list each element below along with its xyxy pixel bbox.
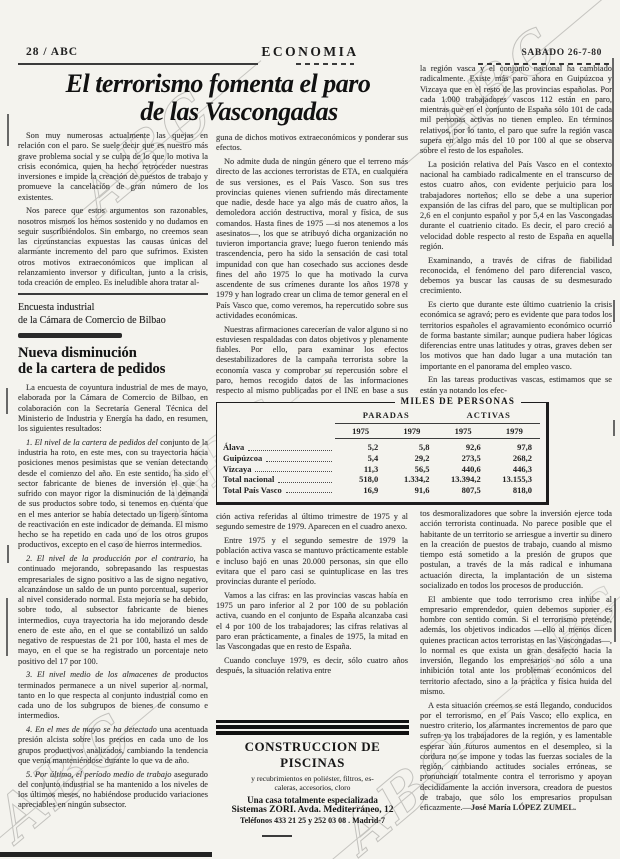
paragraph-text: A esta situación creemos se está llegand… [420, 701, 612, 813]
numbered-item: 3. El nivel medio de los almacenes de pr… [18, 670, 208, 721]
column-middle-lower: ción activa referidas al último trimestr… [216, 512, 408, 718]
sub-headline: Nueva disminución de la cartera de pedid… [18, 345, 208, 377]
cell-value: 92,6 [438, 442, 489, 453]
cell-value: 11,3 [335, 464, 386, 475]
paragraph: Vamos a las cifras: en las provincias va… [216, 591, 408, 653]
paragraph: Nuestras afirmaciones carecerían de valo… [216, 325, 408, 398]
cell-value: 29,2 [386, 453, 437, 464]
newspaper-page: ABC ABC ABC ABC ABC ABC 28 / ABC ECONOMI… [0, 0, 620, 859]
row-label: Álava [223, 442, 244, 453]
kicker-line2: de la Cámara de Comercio de Bilbao [18, 315, 166, 326]
headline-line2: de las Vascongadas [24, 98, 412, 126]
ad-line: Sistemas ZORI. Avda. Mediterráneo, 12 [216, 805, 409, 815]
paragraph: No admite duda de ningún género que el t… [216, 157, 408, 321]
article-headline: El terrorismo fomenta el paro de las Vas… [24, 70, 412, 125]
paragraph: En las tareas productivas vascas, estima… [420, 375, 612, 396]
scan-artifact [0, 852, 212, 857]
statistics-table: MILES DE PERSONAS PARADAS ACTIVAS 1975 1… [216, 402, 549, 505]
paragraph: A esta situación creemos se está llegand… [420, 701, 612, 814]
cell-value: 5,4 [335, 453, 386, 464]
year-header: 1975 [335, 426, 386, 437]
cell-value: 1.334,2 [386, 474, 437, 485]
table-rule [335, 438, 540, 439]
cell-value: 268,2 [489, 453, 540, 464]
year-header: 1979 [386, 426, 437, 437]
paragraph: El ambiente que todo terrorismo crea inh… [420, 595, 612, 698]
paragraph: ción activa referidas al último trimestr… [216, 512, 408, 533]
ad-line: Una casa totalmente especializada [216, 795, 409, 805]
kicker-underline [18, 333, 122, 338]
ad-line: caleras, accesorios, cloro [216, 783, 409, 792]
ad-line: y recubrimientos en poliéster, filtros, … [216, 774, 409, 783]
numbered-item: 4. En el mes de mayo se ha detectado una… [18, 725, 208, 766]
subhead-line1: Nueva disminución [18, 345, 137, 361]
ad-phone-line: Teléfonos 433 21 25 y 252 03 08 . Madrid… [216, 816, 409, 825]
group-header-activas: ACTIVAS [438, 410, 541, 421]
dot-leader [248, 450, 332, 451]
kicker: Encuesta industrial de la Cámara de Come… [18, 301, 208, 328]
paragraph: Nos parece que estos argumentos son razo… [18, 206, 208, 288]
header-rule-left [18, 63, 258, 65]
cell-value: 518,0 [335, 474, 386, 485]
scan-edge-mark [613, 420, 615, 436]
paragraph: la región vasca y el conjunto nacional h… [420, 64, 612, 156]
table-year-header-row: 1975 1979 1975 1979 [223, 426, 540, 437]
scan-edge-mark [6, 598, 8, 656]
dot-leader [278, 482, 332, 483]
scan-edge-mark [7, 114, 9, 146]
cell-value: 91,6 [386, 485, 437, 496]
paragraph: guna de dichos motivos extraeconómicos y… [216, 133, 408, 154]
table-row: Total País Vasco 16,9 91,6 807,5 818,0 [223, 485, 540, 496]
cell-value: 273,5 [438, 453, 489, 464]
scan-edge-mark [614, 598, 616, 642]
section-divider [18, 293, 208, 295]
item-lead: 1. El nivel de la cartera de pedidos del [26, 438, 158, 447]
table-row: Total nacional 518,0 1.334,2 13.394,2 13… [223, 474, 540, 485]
column-right-upper: la región vasca y el conjunto nacional h… [420, 64, 612, 402]
table-rule [335, 423, 540, 424]
item-lead: 3. El nivel medio de los almacenes de [26, 670, 170, 679]
issue-date: SABADO 26-7-80 [522, 48, 602, 58]
column-middle-upper: guna de dichos motivos extraeconómicos y… [216, 133, 408, 397]
cell-value: 13.394,2 [438, 474, 489, 485]
subhead-line2: de la cartera de pedidos [18, 361, 165, 377]
column-left: Son muy numerosas actualmente las quejas… [18, 131, 208, 837]
item-lead: 5. Por último, el período medio de traba… [26, 770, 171, 779]
item-text: conjunto de la industria ha roto, en est… [18, 438, 208, 550]
cell-value: 5,2 [335, 442, 386, 453]
dot-leader [286, 492, 332, 493]
table-row: Álava 5,2 5,8 92,6 97,8 [223, 442, 540, 453]
dot-leader [266, 461, 332, 462]
scan-edge-mark [613, 300, 615, 322]
row-label: Total País Vasco [223, 485, 282, 496]
column-right-lower: tos desmoralizadores que sobre la invers… [420, 509, 612, 855]
ad-top-rule [216, 731, 409, 735]
item-lead: 4. En el mes de mayo se ha detectado [26, 725, 157, 734]
paragraph: Es cierto que durante este último cuatri… [420, 300, 612, 372]
cell-value: 818,0 [489, 485, 540, 496]
paragraph: Entre 1975 y el segundo semestre de 1979… [216, 536, 408, 587]
headline-line1: El terrorismo fomenta el paro [24, 70, 412, 98]
item-text: ha continuado mejorando, sobrepasando la… [18, 554, 208, 666]
cell-value: 13.155,3 [489, 474, 540, 485]
numbered-item: 2. El nivel de la producción por el cont… [18, 554, 208, 667]
header-rule-center [296, 63, 354, 65]
cell-value: 807,5 [438, 485, 489, 496]
paragraph: Son muy numerosas actualmente las quejas… [18, 131, 208, 203]
cell-value: 5,8 [386, 442, 437, 453]
numbered-item: 5. Por último, el período medio de traba… [18, 770, 208, 811]
cell-value: 56,5 [386, 464, 437, 475]
paragraph: La posición relativa del País Vasco en e… [420, 160, 612, 252]
paragraph: tos desmoralizadores que sobre la invers… [420, 509, 612, 591]
cell-value: 97,8 [489, 442, 540, 453]
dot-leader [255, 471, 332, 472]
cell-value: 16,9 [335, 485, 386, 496]
group-header-paradas: PARADAS [335, 410, 438, 421]
year-header: 1979 [489, 426, 540, 437]
ad-title: CONSTRUCCION DE PISCINAS [216, 739, 409, 771]
kicker-line1: Encuesta industrial [18, 302, 94, 313]
cell-value: 446,3 [489, 464, 540, 475]
end-dash [262, 835, 292, 837]
year-header: 1975 [438, 426, 489, 437]
ad-top-rule [216, 725, 409, 729]
table-group-header-row: PARADAS ACTIVAS [223, 410, 540, 421]
table-row: Guipúzcoa 5,4 29,2 273,5 268,2 [223, 453, 540, 464]
scan-edge-mark [612, 58, 614, 246]
scan-edge-mark [6, 388, 8, 414]
row-label: Vizcaya [223, 464, 251, 475]
item-lead: 2. El nivel de la producción por el cont… [26, 554, 196, 563]
table-row: Vizcaya 11,3 56,5 440,6 446,3 [223, 464, 540, 475]
paragraph: La encuesta de coyuntura industrial de m… [18, 383, 208, 434]
row-label: Total nacional [223, 474, 274, 485]
numbered-item: 1. El nivel de la cartera de pedidos del… [18, 438, 208, 551]
cell-value: 440,6 [438, 464, 489, 475]
row-label: Guipúzcoa [223, 453, 262, 464]
author-signature: José María LÓPEZ ZUMEL. [471, 803, 576, 812]
paragraph: Cuando concluye 1979, es decir, sólo cua… [216, 656, 408, 677]
scan-edge-mark [7, 545, 9, 563]
advertisement-piscinas: CONSTRUCCION DE PISCINAS y recubrimiento… [216, 720, 409, 825]
paragraph: Examinando, a través de cifras de fiabil… [420, 256, 612, 297]
ad-top-rule [216, 720, 409, 723]
